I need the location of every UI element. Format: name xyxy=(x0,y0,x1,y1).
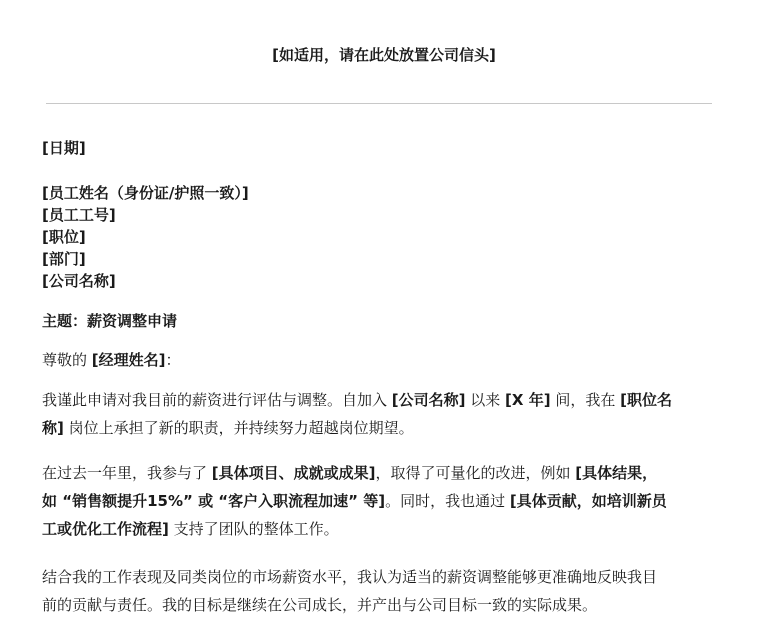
paragraph-3-line-2: 前的贡献与责任。我的目标是继续在公司成长，并产出与公司目标一致的实际成果。 xyxy=(42,594,597,615)
text: 我谨此申请对我目前的薪资进行评估与调整。自加入 xyxy=(42,391,392,409)
position: [职位] xyxy=(42,226,86,247)
header-divider xyxy=(46,103,712,104)
letterhead-placeholder: [如适用，请在此处放置公司信头] xyxy=(0,44,768,65)
text: 在过去一年里，我参与了 xyxy=(42,464,212,482)
text: 。同时，我也通过 xyxy=(385,492,510,510)
placeholder: [职位名 xyxy=(620,391,672,409)
placeholder: [具体结果， xyxy=(575,464,657,482)
salutation-suffix: ： xyxy=(166,351,181,369)
placeholder: [X 年] xyxy=(505,391,551,409)
salutation-prefix: 尊敬的 xyxy=(42,351,92,369)
paragraph-1-line-1: 我谨此申请对我目前的薪资进行评估与调整。自加入 [公司名称] 以来 [X 年] … xyxy=(42,389,672,410)
placeholder: [具体项目、成就或成果] xyxy=(212,464,376,482)
text: 支持了团队的整体工作。 xyxy=(169,520,339,538)
employee-id: [员工工号] xyxy=(42,204,116,225)
placeholder: [具体贡献，如培训新员 xyxy=(510,492,667,510)
subject-line: 主题：薪资调整申请 xyxy=(42,310,177,331)
date-placeholder: [日期] xyxy=(42,137,86,158)
placeholder: 如 “销售额提升15%” 或 “客户入职流程加速” 等] xyxy=(42,492,385,510)
paragraph-2-line-3: 工或优化工作流程] 支持了团队的整体工作。 xyxy=(42,518,339,539)
text: 以来 xyxy=(466,391,506,409)
placeholder: 称] xyxy=(42,419,64,437)
paragraph-3-line-1: 结合我的工作表现及同类岗位的市场薪资水平，我认为适当的薪资调整能够更准确地反映我… xyxy=(42,566,657,587)
text: 间，我在 xyxy=(551,391,621,409)
text: 岗位上承担了新的职责，并持续努力超越岗位期望。 xyxy=(64,419,414,437)
paragraph-2-line-1: 在过去一年里，我参与了 [具体项目、成就或成果]，取得了可量化的改进，例如 [具… xyxy=(42,462,657,483)
placeholder: [公司名称] xyxy=(392,391,466,409)
employee-name: [员工姓名（身份证/护照一致）] xyxy=(42,182,249,203)
manager-name: [经理姓名] xyxy=(92,351,166,369)
department: [部门] xyxy=(42,248,86,269)
text: ，取得了可量化的改进，例如 xyxy=(376,464,576,482)
paragraph-2-line-2: 如 “销售额提升15%” 或 “客户入职流程加速” 等]。同时，我也通过 [具体… xyxy=(42,490,667,511)
paragraph-1-line-2: 称] 岗位上承担了新的职责，并持续努力超越岗位期望。 xyxy=(42,417,414,438)
company-name: [公司名称] xyxy=(42,270,116,291)
placeholder: 工或优化工作流程] xyxy=(42,520,169,538)
salutation: 尊敬的 [经理姓名]： xyxy=(42,349,181,370)
